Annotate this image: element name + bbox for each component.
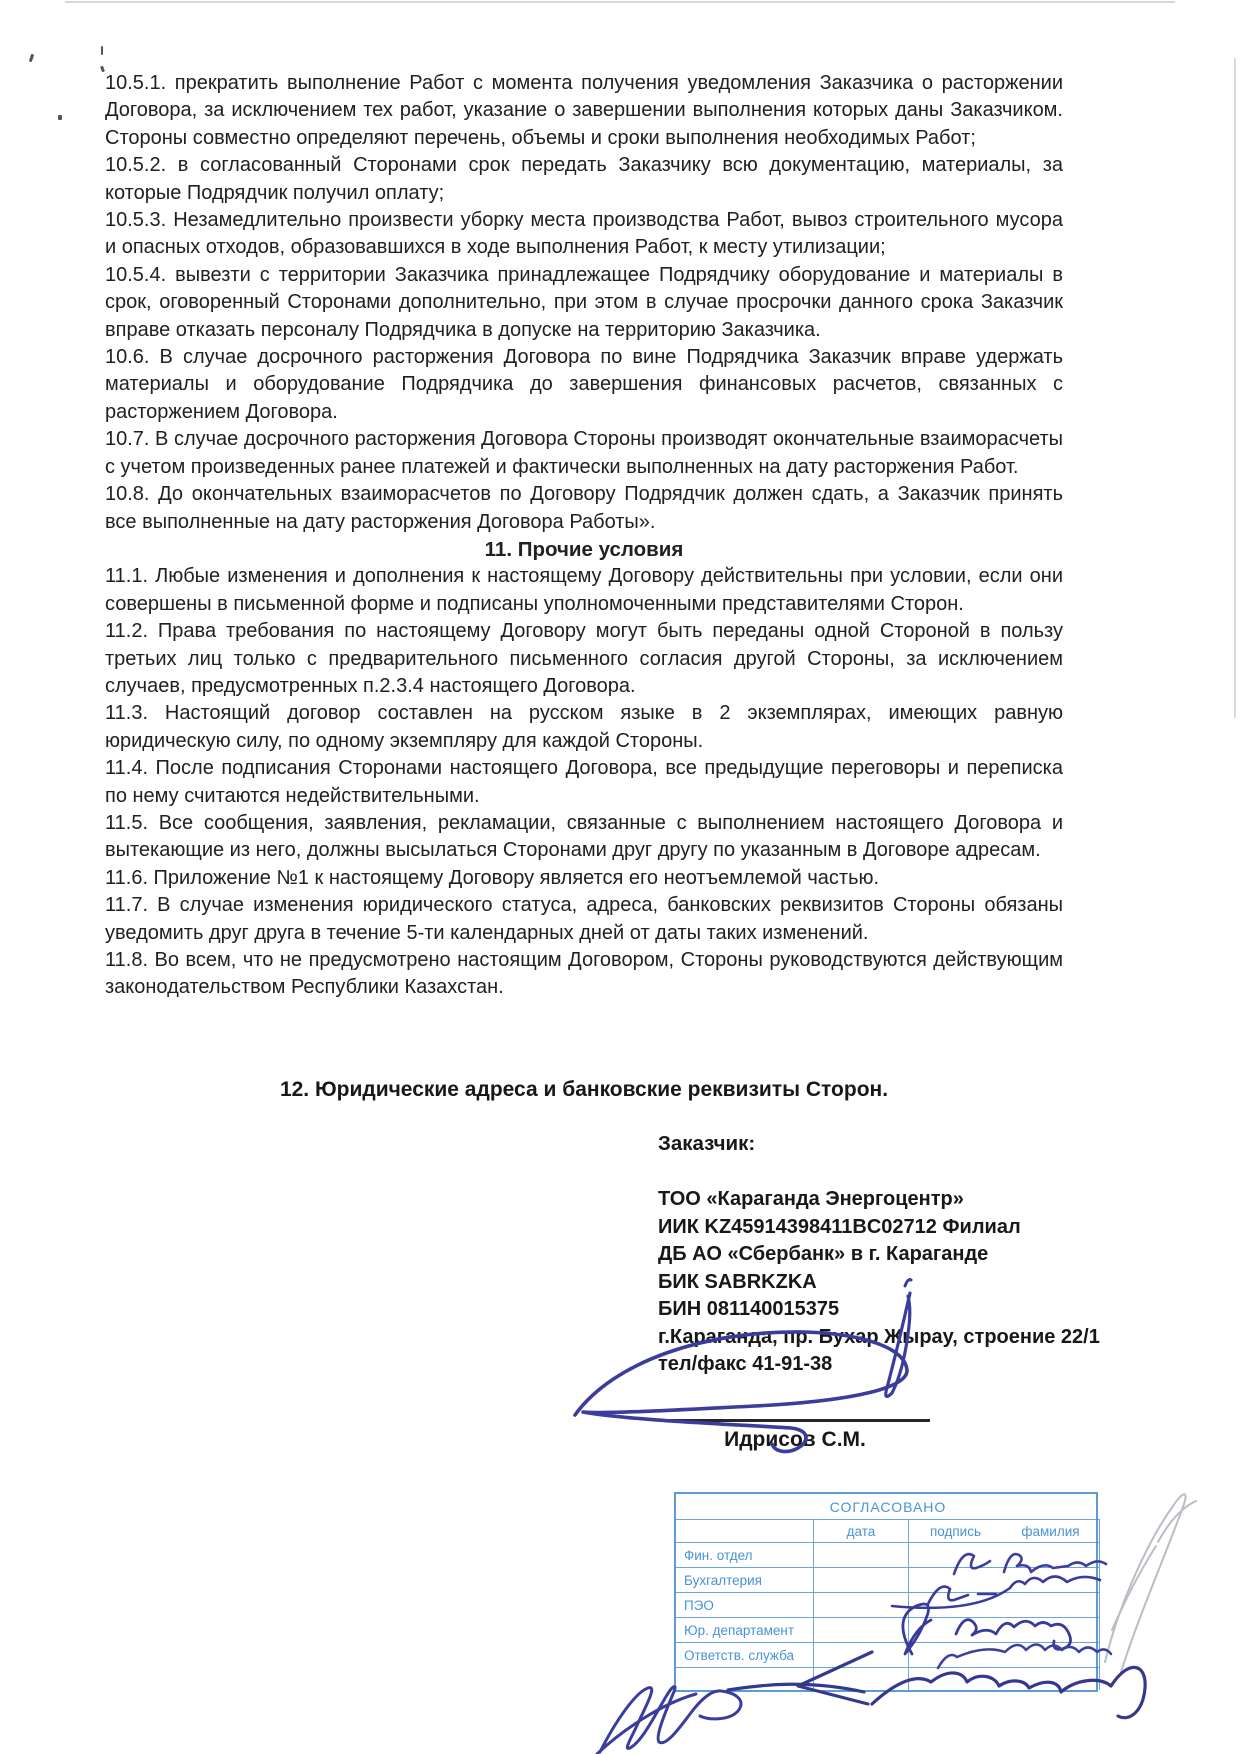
clause-10-7: 10.7. В случае досрочного расторжения До…: [105, 426, 1063, 481]
clause-11-5: 11.5. Все сообщения, заявления, рекламац…: [105, 810, 1063, 865]
clause-10-5-2: 10.5.2. в согласованный Сторонами срок п…: [105, 152, 1063, 207]
scan-speck: [101, 46, 103, 55]
approval-signatures: [560, 1480, 1240, 1754]
clause-11-7: 11.7. В случае изменения юридического ст…: [105, 892, 1063, 947]
clause-11-3: 11.3. Настоящий договор составлен на рус…: [105, 700, 1063, 755]
clause-11-1: 11.1. Любые изменения и дополнения к нас…: [105, 563, 1063, 618]
scan-edge-artifact: [65, 1, 1175, 3]
clause-11-2: 11.2. Права требования по настоящему Дог…: [105, 618, 1063, 700]
scanned-contract-page: 10.5.1. прекратить выполнение Работ с мо…: [0, 0, 1240, 1754]
director-signature: [555, 1130, 965, 1470]
clause-10-6: 10.6. В случае досрочного расторжения До…: [105, 344, 1063, 426]
clause-10-5-1: 10.5.1. прекратить выполнение Работ с мо…: [105, 70, 1063, 152]
scan-edge-artifact: [1234, 58, 1236, 718]
contract-body: 10.5.1. прекратить выполнение Работ с мо…: [105, 70, 1063, 1002]
clause-11-6: 11.6. Приложение №1 к настоящему Договор…: [105, 865, 1063, 892]
scan-speck: [29, 54, 34, 63]
section-11-heading: 11. Прочие условия: [105, 536, 1063, 563]
clause-10-5-4: 10.5.4. вывезти с территории Заказчика п…: [105, 262, 1063, 344]
clause-10-8: 10.8. До окончательных взаиморасчетов по…: [105, 481, 1063, 536]
clause-11-8: 11.8. Во всем, что не предусмотрено наст…: [105, 947, 1063, 1002]
clause-10-5-3: 10.5.3. Незамедлительно произвести уборк…: [105, 207, 1063, 262]
clause-11-4: 11.4. После подписания Сторонами настоящ…: [105, 755, 1063, 810]
section-12-heading: 12. Юридические адреса и банковские рекв…: [105, 1078, 1063, 1102]
scan-speck: [58, 115, 62, 120]
